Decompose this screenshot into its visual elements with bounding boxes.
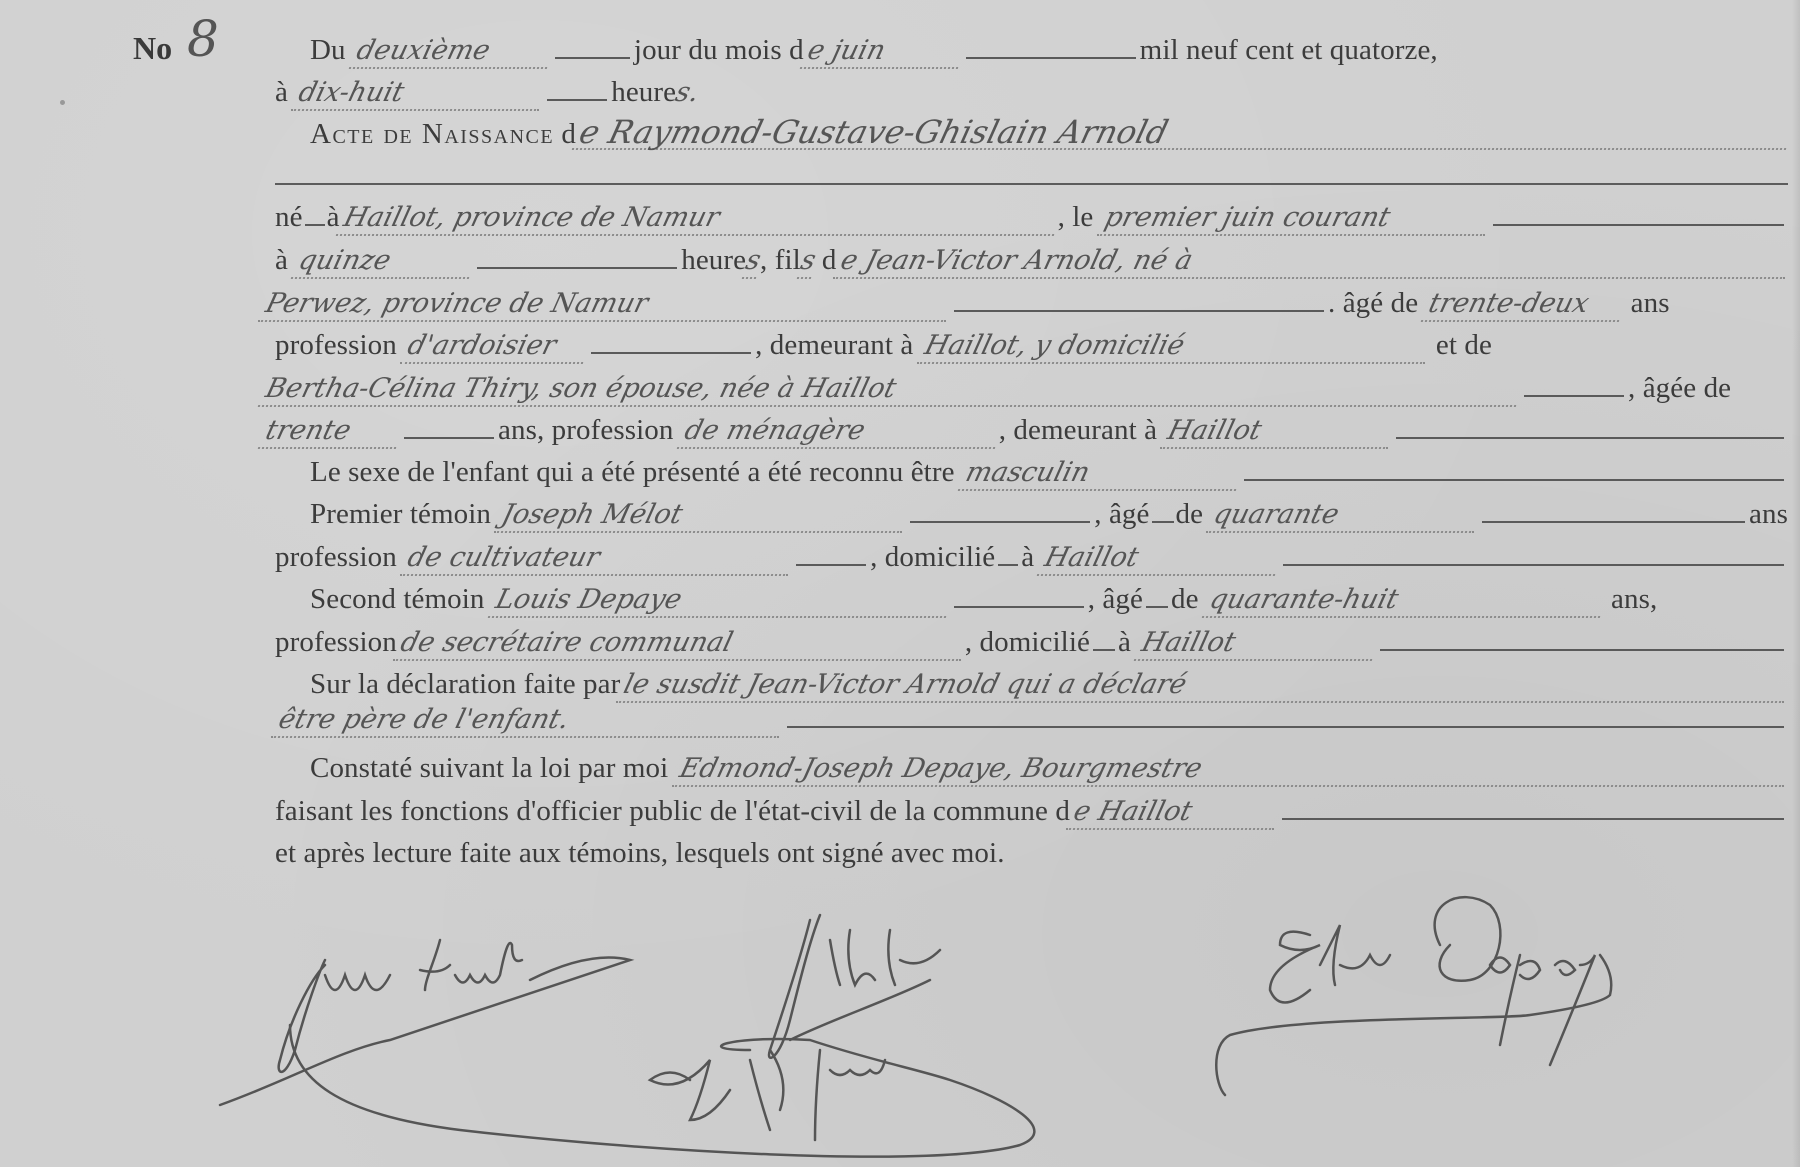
printed-text: à [275, 238, 288, 282]
act-number-label: No [133, 30, 172, 67]
full-rule [275, 183, 1788, 185]
handwritten-sex: masculin [958, 457, 1244, 491]
printed-text: , demeurant à [999, 408, 1157, 452]
fill-line [1380, 631, 1784, 651]
handwritten-month: e juin [799, 35, 965, 69]
printed-text: , le [1058, 195, 1094, 239]
line-hour: à dix-huit heure s. [275, 70, 699, 114]
fill-line [1524, 377, 1624, 397]
handwritten-hour: dix-huit [291, 77, 547, 111]
fill-line [404, 419, 494, 439]
printed-text: Le sexe de l'enfant qui a été présenté a… [310, 450, 955, 494]
printed-text: profession [275, 323, 397, 367]
fill-line [954, 292, 1324, 312]
handwritten-witness1-name: Joseph Mélot [494, 499, 910, 533]
fill-line [1283, 546, 1784, 566]
line-officer: Constaté suivant la loi par moi Edmond-J… [310, 746, 1788, 790]
paper-speck [60, 100, 65, 105]
act-number-value: 8 [187, 10, 219, 68]
handwritten-witness2-residence: Haillot [1134, 627, 1380, 661]
printed-text: , demeurant à [755, 323, 913, 367]
document-page: No 8 Du deuxième jour du mois d e juin m… [0, 0, 1800, 1167]
fill-line [591, 334, 751, 354]
printed-text: et après lecture faite aux témoins, lesq… [275, 831, 1005, 875]
handwritten-father-birthplace: Perwez, province de Namur [258, 288, 954, 322]
line-mother-profession: trente ans, profession de ménagère , dem… [262, 408, 1788, 452]
line-closing: et après lecture faite aux témoins, lesq… [275, 831, 1005, 875]
printed-text: de [1176, 492, 1204, 536]
printed-text: , âgé [1088, 577, 1143, 621]
fill-line [1482, 503, 1745, 523]
printed-text: Premier témoin [310, 492, 491, 536]
fill-line [787, 708, 1784, 728]
printed-text: , domicilié [870, 535, 995, 579]
line-declaration: Sur la déclaration faite par le susdit J… [310, 662, 1788, 706]
signature-officer [1200, 885, 1800, 1145]
printed-text: et de [1436, 323, 1492, 367]
line-sex: Le sexe de l'enfant qui a été présenté a… [310, 450, 1788, 494]
line-officer-function: faisant les fonctions d'officier public … [275, 789, 1788, 833]
printed-text: Second témoin [310, 577, 484, 621]
handwritten-officer-name: Edmond-Joseph Depaye, Bourgmestre [671, 753, 1792, 787]
acte-title: Acte de Naissance [310, 112, 554, 156]
fill-line [1152, 503, 1174, 523]
printed-text: ans [1631, 281, 1670, 325]
signature-strokes-icon [230, 900, 1230, 1160]
printed-text: profession [275, 535, 397, 579]
line-second-witness: Second témoin Louis Depaye , âgé de quar… [310, 577, 1788, 621]
fill-line [1093, 631, 1115, 651]
line-birthplace: né à Haillot, province de Namur , le pre… [275, 195, 1788, 239]
fill-line [796, 546, 866, 566]
line-first-witness: Premier témoin Joseph Mélot , âgé de qua… [310, 492, 1788, 536]
printed-text: heure [681, 238, 746, 282]
handwritten-witness2-profession: de secrétaire communal [393, 627, 969, 661]
handwritten-witness1-residence: Haillot [1037, 542, 1283, 576]
printed-text: de [1171, 577, 1199, 621]
printed-text: , âgée de [1628, 366, 1731, 410]
fill-line [1244, 461, 1784, 481]
handwritten-mother-profession: de ménagère [676, 415, 1002, 449]
printed-text: Constaté suivant la loi par moi [310, 746, 668, 790]
handwritten-father-name: e Jean-Victor Arnold, né à [832, 245, 1792, 279]
printed-text: à [1021, 535, 1034, 579]
printed-text: ans [1749, 492, 1788, 536]
line-father-origin: Perwez, province de Namur . âgé de trent… [262, 281, 1788, 325]
line-father: à quinze heure s , fil s d e Jean-Victor… [275, 238, 1788, 282]
handwritten-witness1-age: quarante [1206, 499, 1482, 533]
fill-line [555, 39, 630, 59]
printed-text: , domicilié [965, 620, 1090, 664]
handwritten-mother-age: trente [258, 415, 404, 449]
signature-group-left [230, 900, 1230, 1160]
handwritten-birthdate: premier juin courant [1096, 202, 1492, 236]
handwritten-witness1-profession: de cultivateur [400, 542, 796, 576]
handwritten-commune: e Haillot [1066, 796, 1282, 830]
line-declaration-cont: être père de l'enfant. [275, 704, 1788, 748]
line-first-witness-profession: profession de cultivateur , domicilié à … [275, 535, 1788, 579]
handwritten-father-profession: d'ardoisier [400, 330, 591, 364]
fill-line [1282, 800, 1784, 820]
printed-text: né [275, 195, 303, 239]
printed-text: heure [611, 70, 676, 114]
signature-officer-strokes-icon [1200, 885, 1800, 1145]
fill-line [305, 206, 325, 226]
printed-text: Sur la déclaration faite par [310, 662, 620, 706]
line-father-profession: profession d'ardoisier , demeurant à Hai… [275, 323, 1788, 367]
printed-text: , âgé [1094, 492, 1149, 536]
fill-line [910, 503, 1090, 523]
printed-text: ans, profession [498, 408, 673, 452]
fill-line [998, 546, 1018, 566]
handwritten-birth-hour: quinze [291, 245, 477, 279]
line-mother: Bertha-Célina Thiry, son épouse, née à H… [262, 366, 1788, 410]
fill-line [954, 588, 1084, 608]
fill-line [1493, 206, 1784, 226]
printed-text: . âgé de [1328, 281, 1418, 325]
line-date: Du deuxième jour du mois d e juin mil ne… [310, 28, 1790, 72]
printed-text: jour du mois d [634, 28, 804, 72]
fill-line [966, 39, 1136, 59]
printed-text: à [1118, 620, 1131, 664]
printed-text: Du [310, 28, 346, 72]
printed-text: ans, [1611, 577, 1657, 621]
handwritten-day: deuxième [349, 35, 555, 69]
printed-text: profession [275, 620, 397, 664]
handwritten-birthplace: Haillot, province de Namur [335, 202, 1061, 236]
handwritten-mother-residence: Haillot [1160, 415, 1396, 449]
printed-text: faisant les fonctions d'officier public … [275, 789, 1070, 833]
handwritten-suffix: s. [672, 77, 702, 109]
printed-text: , fil [760, 238, 801, 282]
printed-text: mil neuf cent et quatorze, [1140, 28, 1438, 72]
fill-line [1146, 588, 1168, 608]
fill-line [477, 249, 677, 269]
handwritten-child-name: e Raymond-Gustave-Ghislain Arnold [572, 116, 1794, 150]
handwritten-father-residence: Haillot, y domicilié [916, 330, 1432, 364]
handwritten-witness2-name: Louis Depaye [487, 584, 953, 618]
handwritten-mother-name: Bertha-Célina Thiry, son épouse, née à H… [258, 373, 1524, 407]
handwritten-witness2-age: quarante-huit [1202, 584, 1608, 618]
fill-line [547, 81, 607, 101]
printed-text: à [275, 70, 288, 114]
line-second-witness-profession: profession de secrétaire communal , domi… [275, 620, 1788, 664]
handwritten-declarant: le susdit Jean-Victor Arnold qui a décla… [616, 669, 1792, 703]
handwritten-declarant-relation: être père de l'enfant. [271, 704, 787, 738]
handwritten-father-age: trente-deux [1421, 288, 1627, 322]
fill-line [1396, 419, 1784, 439]
line-acte-title: Acte de Naissance d e Raymond-Gustave-Gh… [310, 112, 1790, 156]
